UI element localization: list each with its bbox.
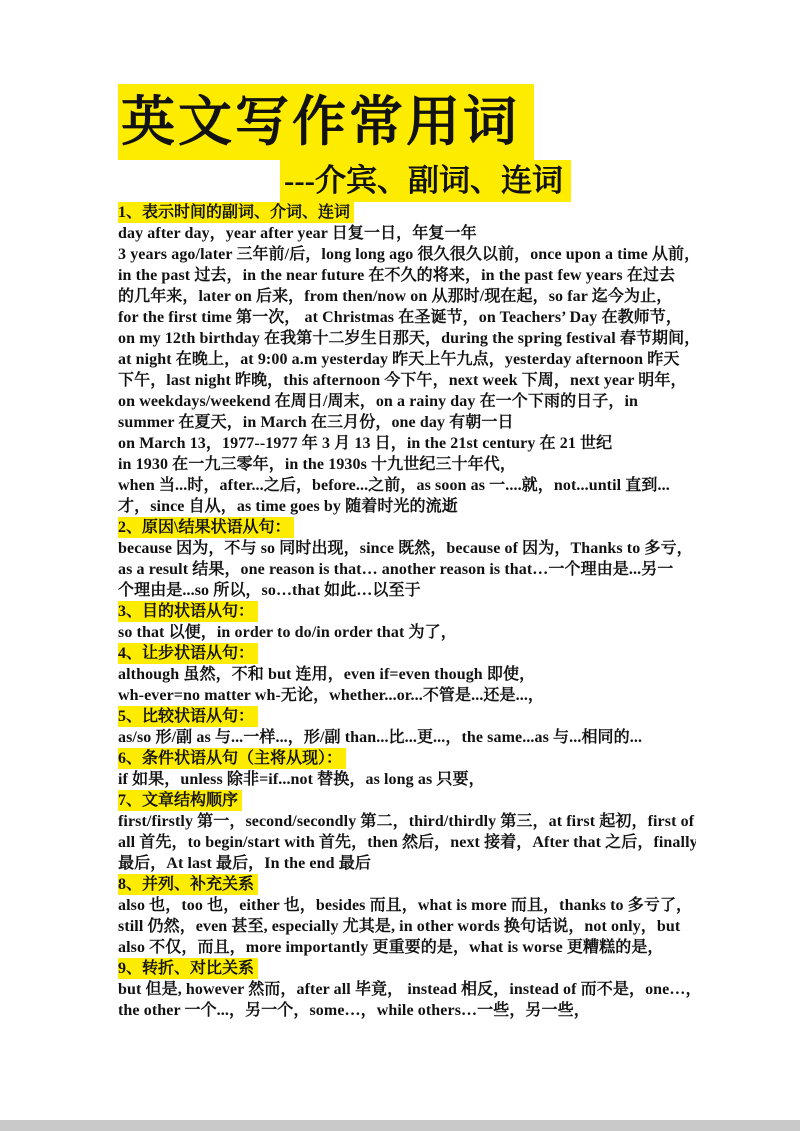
section-1-line-14: 才，since 自从，as time goes by 随着时光的流逝 bbox=[118, 496, 696, 517]
section-header-highlight: 3、目的状语从句： bbox=[118, 601, 258, 622]
section-2-line-1: because 因为，不与 so 同时出现，since 既然，because o… bbox=[118, 538, 696, 559]
section-2-line-3: 个理由是...so 所以，so…that 如此…以至于 bbox=[118, 580, 696, 601]
section-1-line-13: when 当...时，after...之后，before...之前，as soo… bbox=[118, 475, 696, 496]
section-header-1: 1、表示时间的副词、介词、连词 bbox=[118, 202, 696, 223]
section-header-highlight: 9、转折、对比关系 bbox=[118, 958, 258, 979]
section-header-highlight: 1、表示时间的副词、介词、连词 bbox=[118, 202, 354, 223]
section-2-line-2: as a result 结果，one reason is that… anoth… bbox=[118, 559, 696, 580]
section-4-line-2: wh-ever=no matter wh-无论，whether...or...不… bbox=[118, 685, 696, 706]
section-header-highlight: 5、比较状语从句： bbox=[118, 706, 258, 727]
section-3-line-1: so that 以便，in order to do/in order that … bbox=[118, 622, 696, 643]
section-header-highlight: 4、让步状语从句： bbox=[118, 643, 258, 664]
section-header-highlight: 8、并列、补充关系 bbox=[118, 874, 258, 895]
section-1-line-6: on my 12th birthday 在我第十二岁生日那天，during th… bbox=[118, 328, 696, 349]
bottom-edge-bar bbox=[0, 1120, 800, 1131]
section-7-line-3: 最后，At last 最后，In the end 最后 bbox=[118, 853, 696, 874]
section-4-line-1: although 虽然，不和 but 连用，even if=even thoug… bbox=[118, 664, 696, 685]
page-title: 英文写作常用词 bbox=[118, 84, 534, 160]
document-page: 英文写作常用词 ---介宾、副词、连词 1、表示时间的副词、介词、连词day a… bbox=[0, 0, 800, 1131]
subtitle-row: ---介宾、副词、连词 bbox=[280, 160, 696, 202]
section-8-line-3: also 不仅，而且，more importantly 更重要的是，what i… bbox=[118, 937, 696, 958]
section-1-line-4: 的几年来，later on 后来，from then/now on 从那时/现在… bbox=[118, 286, 696, 307]
section-7-line-2: all 首先，to begin/start with 首先，then 然后，ne… bbox=[118, 832, 696, 853]
document-content: 英文写作常用词 ---介宾、副词、连词 1、表示时间的副词、介词、连词day a… bbox=[118, 84, 696, 1021]
section-header-8: 8、并列、补充关系 bbox=[118, 874, 696, 895]
section-header-3: 3、目的状语从句： bbox=[118, 601, 696, 622]
section-1-line-7: at night 在晚上，at 9:00 a.m yesterday 昨天上午九… bbox=[118, 349, 696, 370]
page-subtitle: ---介宾、副词、连词 bbox=[280, 160, 571, 202]
section-header-6: 6、条件状语从句（主将从现）： bbox=[118, 748, 696, 769]
section-9-line-2: the other 一个...，另一个，some…，while others…一… bbox=[118, 1000, 696, 1021]
section-header-9: 9、转折、对比关系 bbox=[118, 958, 696, 979]
section-header-2: 2、原因\结果状语从句： bbox=[118, 517, 696, 538]
section-6-line-1: if 如果，unless 除非=if...not 替换，as long as 只… bbox=[118, 769, 696, 790]
section-1-line-8: 下午，last night 昨晚，this afternoon 今下午，next… bbox=[118, 370, 696, 391]
sections-container: 1、表示时间的副词、介词、连词day after day，year after … bbox=[118, 202, 696, 1021]
section-5-line-1: as/so 形/副 as 与...一样...，形/副 than...比...更.… bbox=[118, 727, 696, 748]
section-header-7: 7、文章结构顺序 bbox=[118, 790, 696, 811]
section-header-4: 4、让步状语从句： bbox=[118, 643, 696, 664]
section-7-line-1: first/firstly 第一，second/secondly 第二，thir… bbox=[118, 811, 696, 832]
title-row: 英文写作常用词 bbox=[118, 84, 696, 160]
section-header-5: 5、比较状语从句： bbox=[118, 706, 696, 727]
section-8-line-2: still 仍然，even 甚至, especially 尤其是, in oth… bbox=[118, 916, 696, 937]
section-header-highlight: 2、原因\结果状语从句： bbox=[118, 517, 294, 538]
section-1-line-2: 3 years ago/later 三年前/后，long long ago 很久… bbox=[118, 244, 696, 265]
section-1-line-12: in 1930 在一九三零年，in the 1930s 十九世纪三十年代， bbox=[118, 454, 696, 475]
section-1-line-5: for the first time 第一次， at Christmas 在圣诞… bbox=[118, 307, 696, 328]
section-header-highlight: 6、条件状语从句（主将从现）： bbox=[118, 748, 346, 769]
section-1-line-11: on March 13，1977--1977 年 3 月 13 日，in the… bbox=[118, 433, 696, 454]
section-header-highlight: 7、文章结构顺序 bbox=[118, 790, 242, 811]
section-1-line-10: summer 在夏天，in March 在三月份，one day 有朝一日 bbox=[118, 412, 696, 433]
section-9-line-1: but 但是, however 然而，after all 毕竟， instead… bbox=[118, 979, 696, 1000]
section-1-line-9: on weekdays/weekend 在周日/周末，on a rainy da… bbox=[118, 391, 696, 412]
section-1-line-3: in the past 过去，in the near future 在不久的将来… bbox=[118, 265, 696, 286]
section-1-line-1: day after day，year after year 日复一日，年复一年 bbox=[118, 223, 696, 244]
section-8-line-1: also 也，too 也，either 也，besides 而且，what is… bbox=[118, 895, 696, 916]
